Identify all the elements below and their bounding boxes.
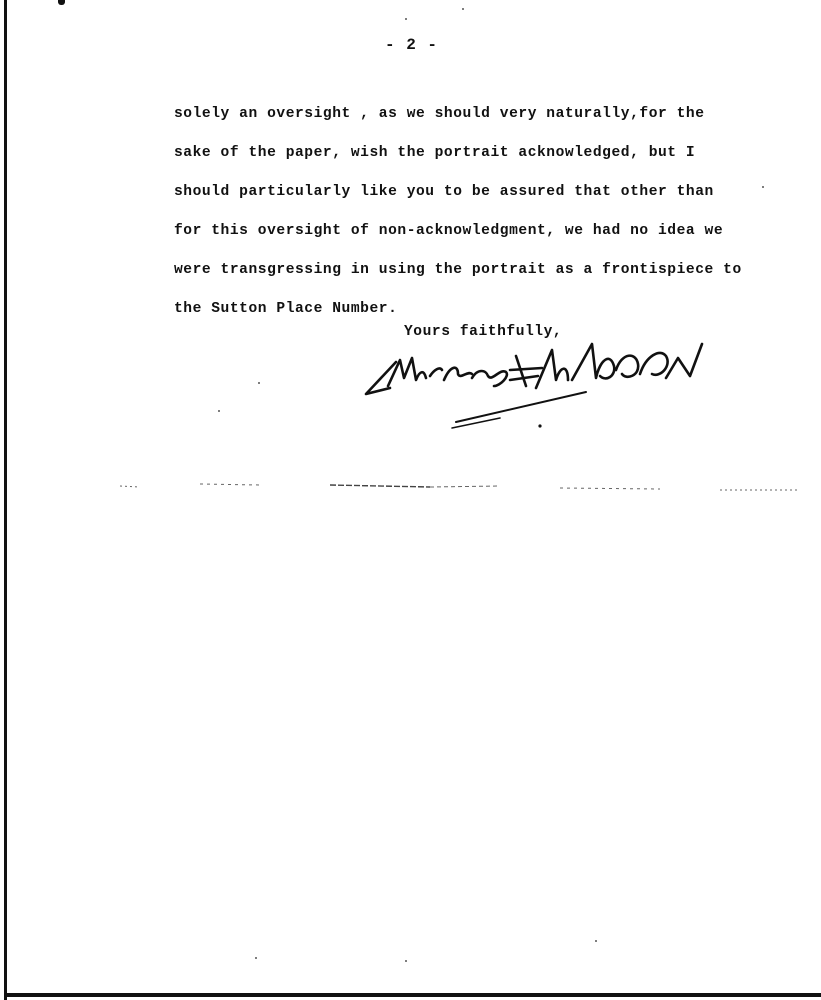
page-number: - 2 - bbox=[385, 36, 438, 54]
body-line: solely an oversight , as we should very … bbox=[174, 95, 794, 134]
letter-body: solely an oversight , as we should very … bbox=[174, 95, 794, 329]
body-line: for this oversight of non-acknowledgment… bbox=[174, 212, 794, 251]
scan-speck bbox=[218, 410, 220, 412]
body-line: were transgressing in using the portrait… bbox=[174, 251, 794, 290]
scan-speck bbox=[405, 960, 407, 962]
page-left-edge bbox=[4, 0, 7, 1000]
scan-speck bbox=[595, 940, 597, 942]
scan-speck bbox=[762, 186, 764, 188]
scan-mark bbox=[58, 0, 65, 5]
body-line: sake of the paper, wish the portrait ack… bbox=[174, 134, 794, 173]
page-bottom-edge bbox=[4, 993, 821, 997]
signature bbox=[360, 330, 760, 440]
scan-speck bbox=[462, 8, 464, 10]
scan-speck bbox=[258, 382, 260, 384]
scan-artifact-streak bbox=[100, 478, 820, 498]
letter-page: - 2 - solely an oversight , as we should… bbox=[0, 0, 821, 1000]
scan-speck bbox=[405, 18, 407, 20]
scan-speck bbox=[255, 957, 257, 959]
body-line: should particularly like you to be assur… bbox=[174, 173, 794, 212]
